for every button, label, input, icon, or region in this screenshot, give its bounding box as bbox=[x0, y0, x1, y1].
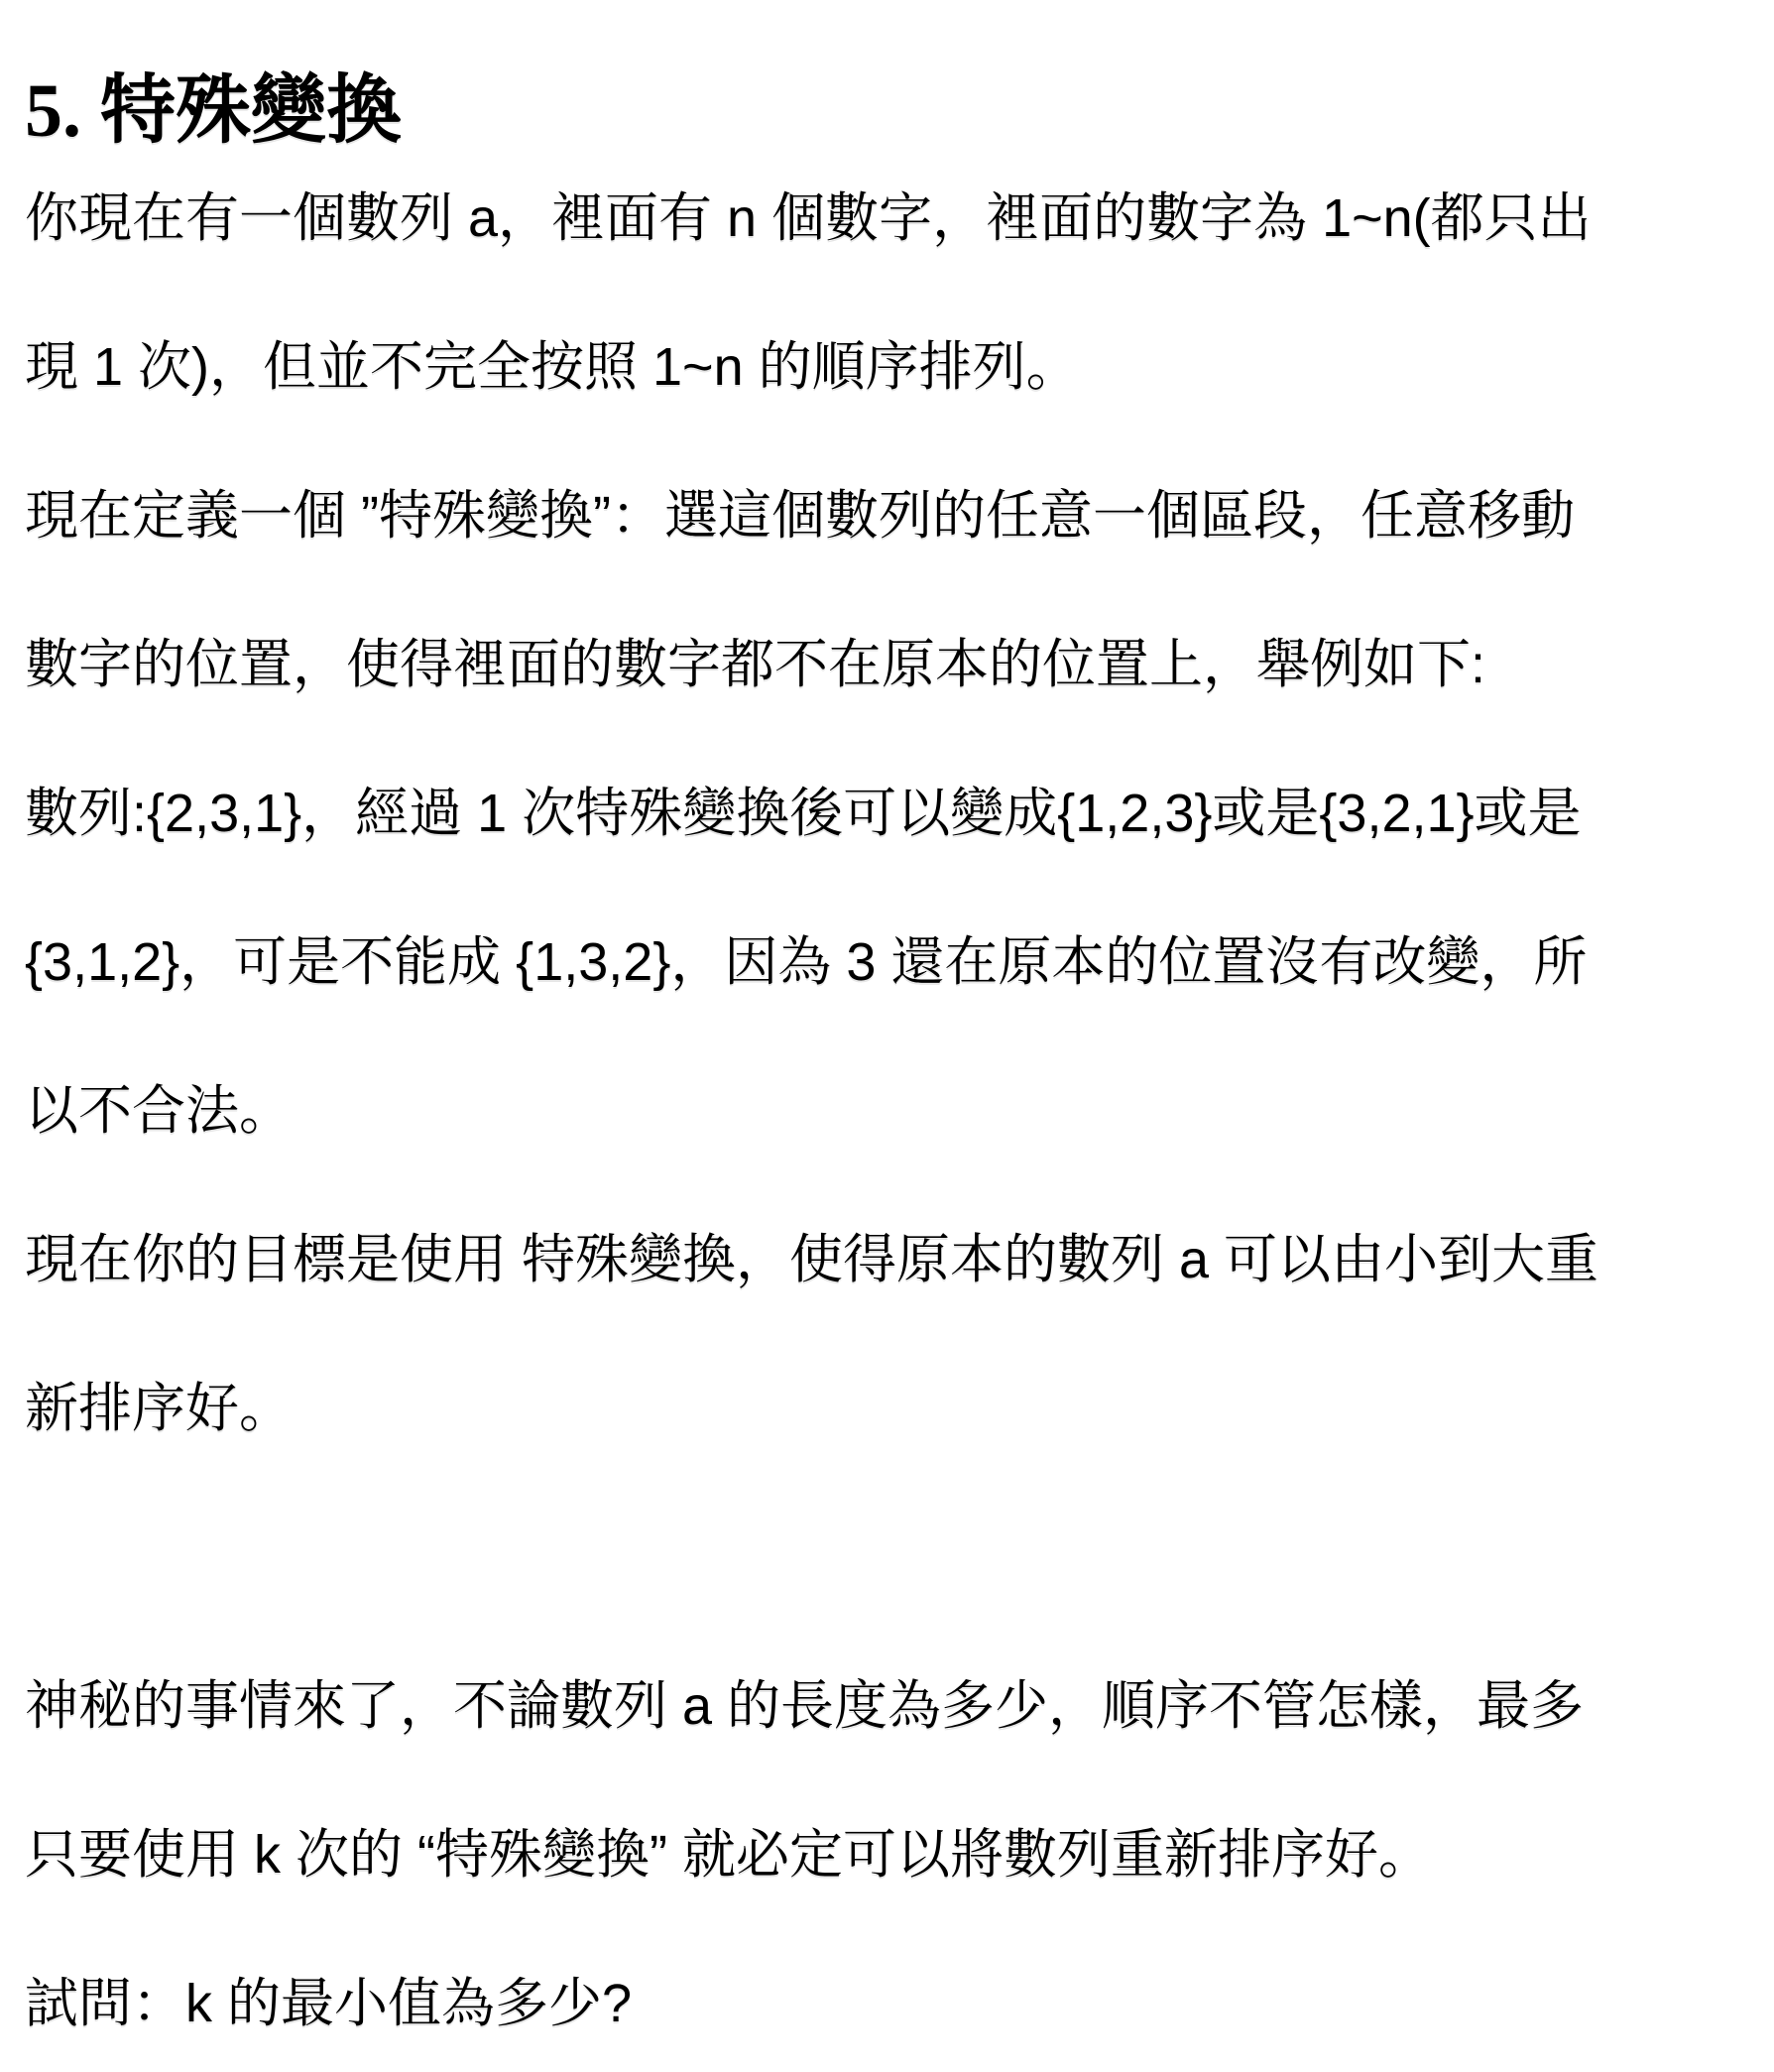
document-page: { "page": { "background_color": "#ffffff… bbox=[0, 0, 1774, 2072]
text-line: 新排序好。 bbox=[25, 1334, 1740, 1483]
text-line: 以不合法。 bbox=[25, 1036, 1740, 1185]
text-line: 神秘的事情來了，不論數列 a 的長度為多少，順序不管怎樣，最多 bbox=[25, 1632, 1740, 1780]
text-line: 數列:{2,3,1}，經過 1 次特殊變換後可以變成{1,2,3}或是{3,2,… bbox=[25, 739, 1740, 888]
text-line: 你現在有一個數列 a，裡面有 n 個數字，裡面的數字為 1~n(都只出 bbox=[25, 144, 1740, 293]
document-body: 你現在有一個數列 a，裡面有 n 個數字，裡面的數字為 1~n(都只出 現 1 … bbox=[25, 144, 1740, 2072]
text-line: 只要使用 k 次的 “特殊變換” 就必定可以將數列重新排序好。 bbox=[25, 1780, 1740, 1929]
text-line: 現在你的目標是使用 特殊變換，使得原本的數列 a 可以由小到大重 bbox=[25, 1185, 1740, 1334]
text-line: {3,1,2}，可是不能成 {1,3,2}，因為 3 還在原本的位置沒有改變，所 bbox=[25, 888, 1740, 1036]
text-line: 試問：k 的最小值為多少? bbox=[25, 1929, 1740, 2072]
text-line: 現 1 次)，但並不完全按照 1~n 的順序排列。 bbox=[25, 293, 1740, 441]
text-line: 數字的位置，使得裡面的數字都不在原本的位置上，舉例如下: bbox=[25, 590, 1740, 739]
paragraph-gap bbox=[25, 1483, 1740, 1632]
text-line: 現在定義一個 ”特殊變換”：選這個數列的任意一個區段，任意移動 bbox=[25, 441, 1740, 590]
